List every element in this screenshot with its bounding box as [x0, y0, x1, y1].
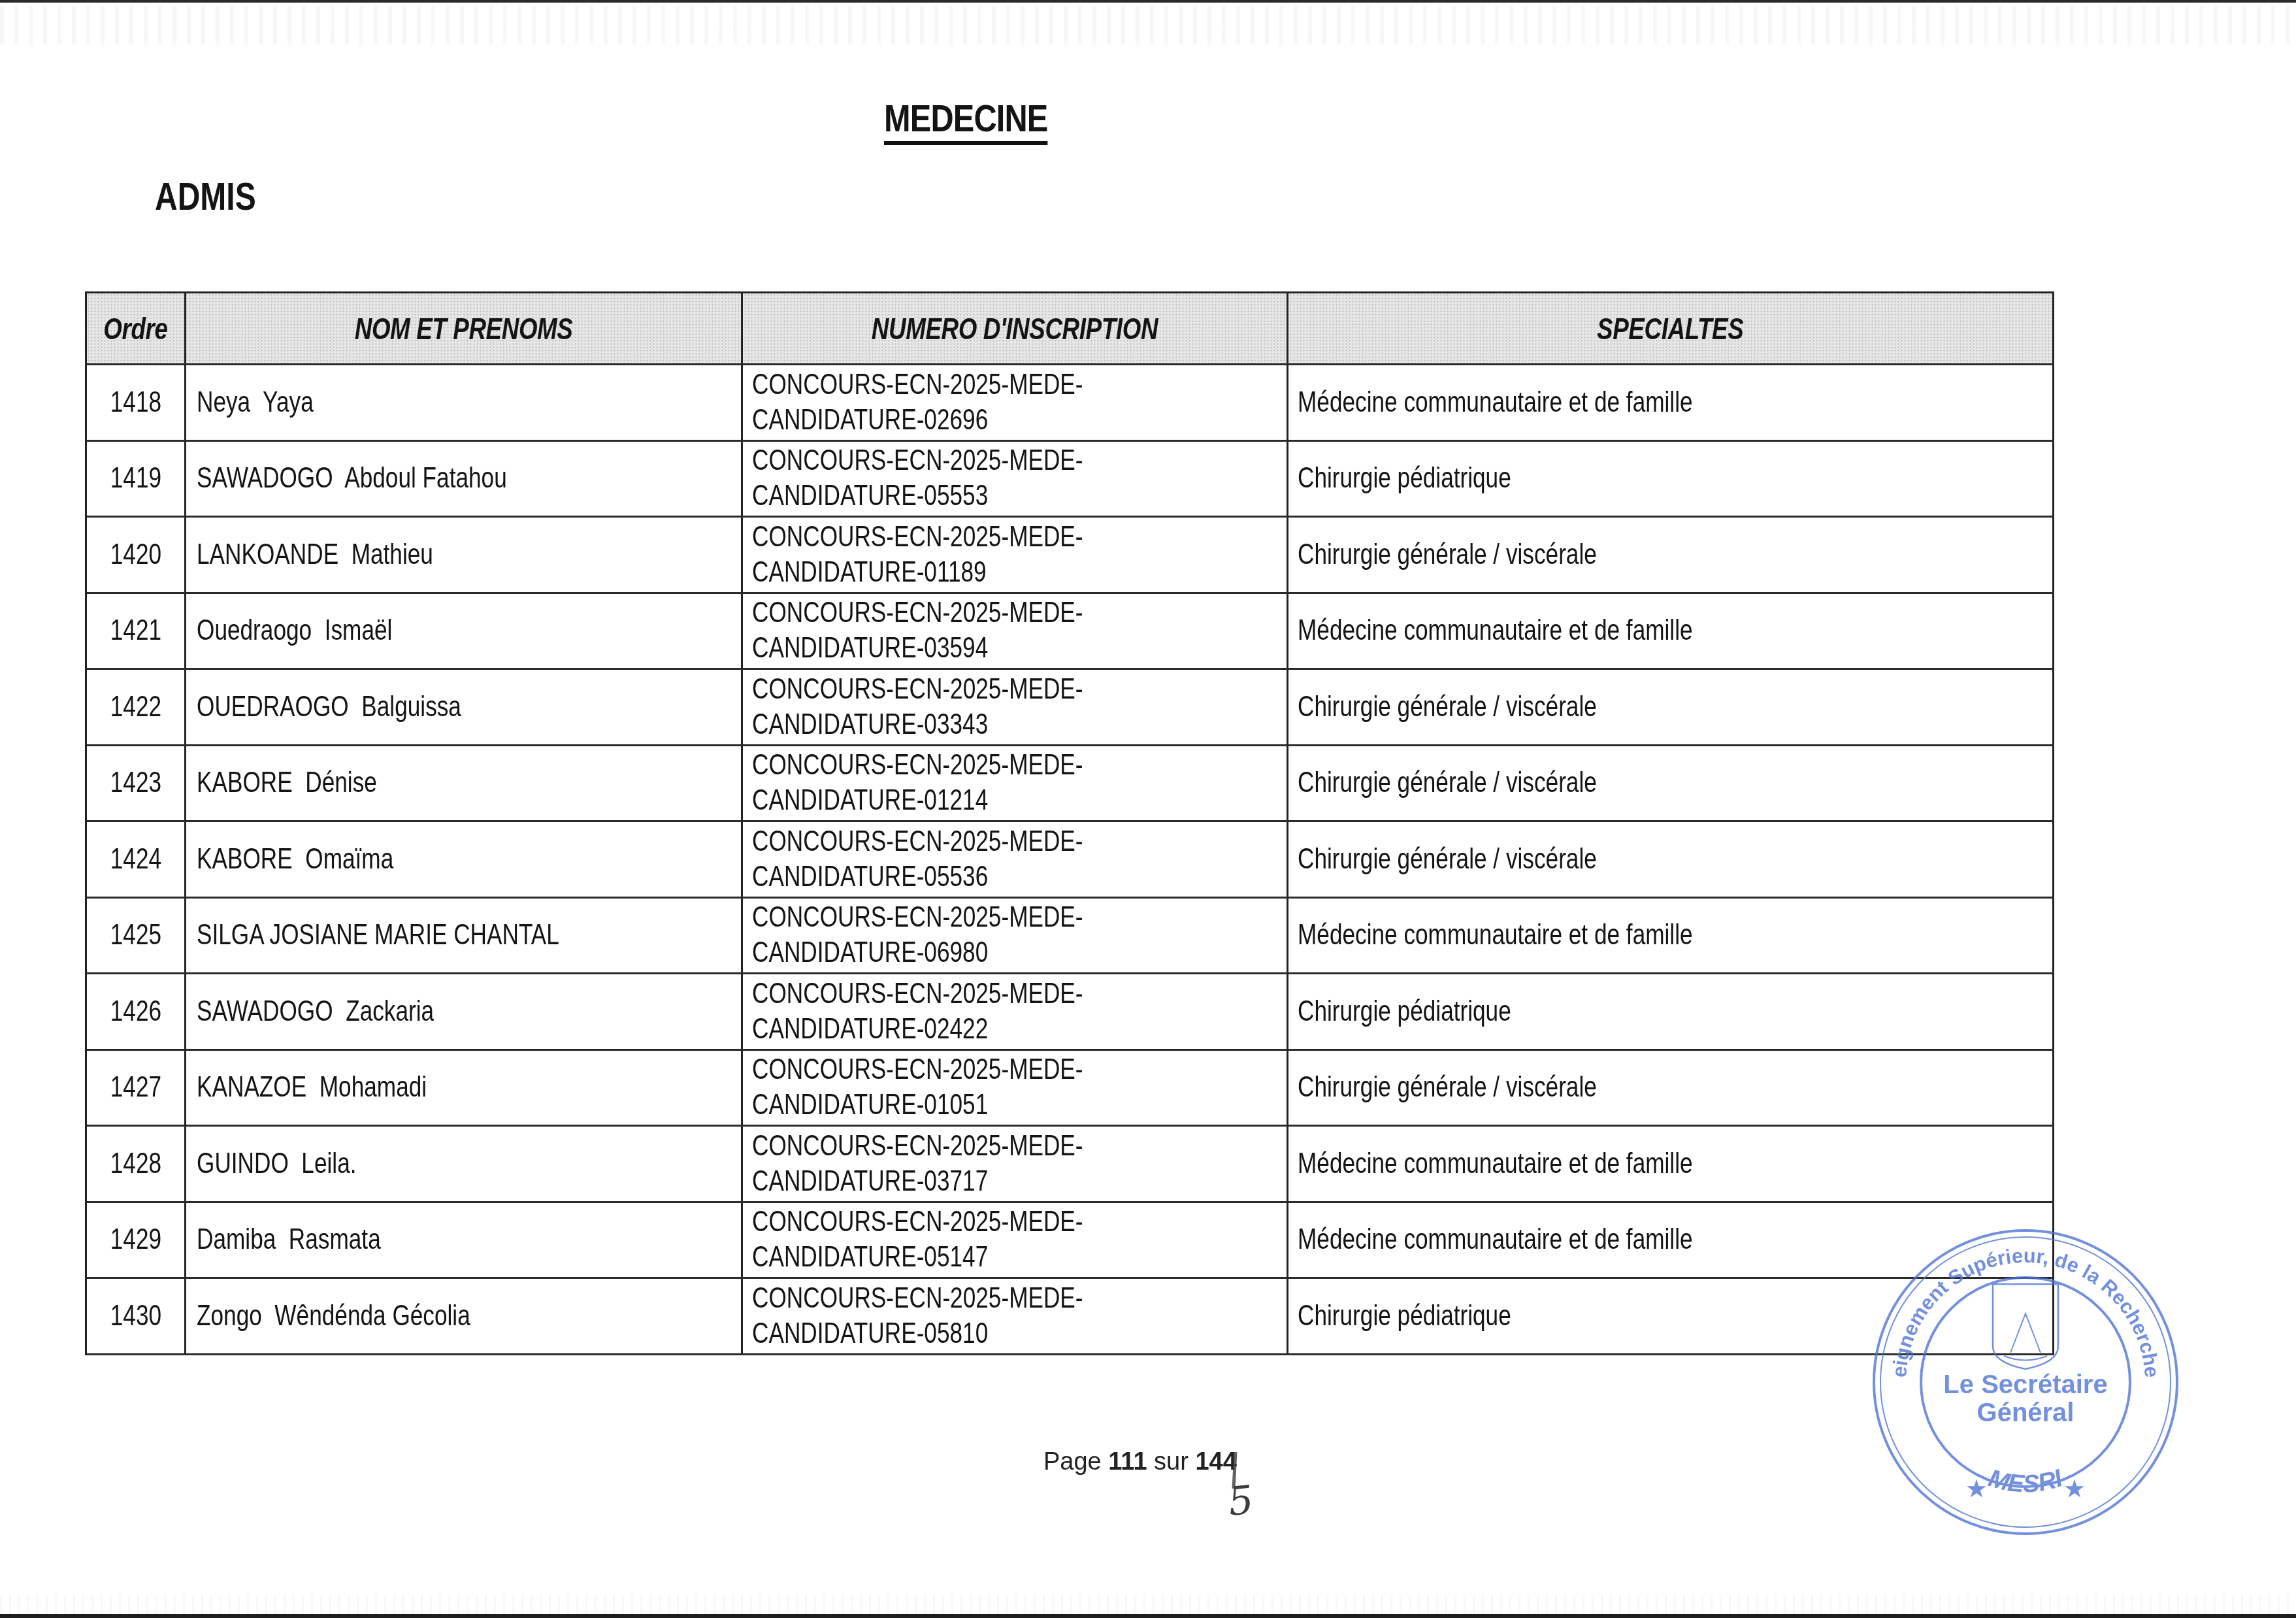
cell-nom: OUEDRAOGO Balguissa [186, 670, 743, 744]
numero-line-1: CONCOURS-ECN-2025-MEDE- [752, 520, 1083, 555]
numero-line-1: CONCOURS-ECN-2025-MEDE- [752, 976, 1083, 1012]
page-total: 144 [1195, 1448, 1236, 1476]
stamp-title-line1: Le Secrétaire [1943, 1370, 2107, 1399]
coat-of-arms-ribbon [2004, 1356, 2047, 1361]
cell-nom: Damiba Rasmata [186, 1203, 743, 1278]
nom-text: GUINDO Leila. [197, 1147, 357, 1181]
ordre-text: 1418 [110, 386, 161, 420]
nom-text: KANAZOE Mohamadi [197, 1070, 427, 1104]
specialite-text: Chirurgie générale / viscérale [1298, 538, 1597, 572]
ordre-text: 1428 [110, 1147, 161, 1181]
specialite-text: Médecine communautaire et de famille [1298, 1223, 1693, 1257]
list-label: ADMIS [155, 175, 281, 218]
cell-ordre: 1420 [87, 518, 186, 592]
cell-specialite: Chirurgie pédiatrique [1288, 442, 2054, 516]
scan-edge-top [0, 0, 2296, 3]
stamp-bottom-text: MESRI [1986, 1464, 2067, 1498]
cell-specialite: Chirurgie pédiatrique [1288, 974, 2054, 1049]
numero-line-1: CONCOURS-ECN-2025-MEDE- [752, 443, 1083, 478]
specialite-text: Chirurgie pédiatrique [1298, 461, 1511, 495]
table-row: 1427KANAZOE MohamadiCONCOURS-ECN-2025-ME… [87, 1051, 2054, 1127]
numero-line-1: CONCOURS-ECN-2025-MEDE- [752, 1129, 1083, 1164]
ordre-text: 1423 [110, 766, 161, 800]
cell-numero: CONCOURS-ECN-2025-MEDE-CANDIDATURE-02696 [743, 365, 1288, 440]
scan-noise-bottom [0, 1594, 2296, 1614]
numero-line-2: CANDIDATURE-02696 [752, 403, 988, 438]
scan-noise-top [0, 5, 2296, 44]
ordre-text: 1419 [110, 461, 161, 495]
header-nom-text: NOM ET PRENOMS [355, 312, 573, 346]
page-current: 111 [1108, 1448, 1147, 1476]
ordre-text: 1426 [110, 995, 161, 1029]
cell-ordre: 1428 [87, 1127, 186, 1201]
cell-numero: CONCOURS-ECN-2025-MEDE-CANDIDATURE-01189 [743, 518, 1288, 592]
nom-text: Neya Yaya [197, 386, 314, 420]
specialite-text: Chirurgie générale / viscérale [1298, 766, 1597, 800]
cell-numero: CONCOURS-ECN-2025-MEDE-CANDIDATURE-01214 [743, 746, 1288, 821]
numero-line-2: CANDIDATURE-01214 [752, 783, 988, 818]
ordre-text: 1427 [110, 1070, 161, 1104]
page-sep: sur [1154, 1448, 1189, 1476]
header-specialite: SPECIALTES [1288, 293, 2054, 363]
cell-numero: CONCOURS-ECN-2025-MEDE-CANDIDATURE-01051 [743, 1051, 1288, 1125]
ordre-text: 1421 [110, 614, 161, 648]
table-row: 1418Neya YayaCONCOURS-ECN-2025-MEDE-CAND… [87, 365, 2054, 442]
cell-specialite: Chirurgie générale / viscérale [1288, 822, 2054, 897]
nom-text: SAWADOGO Zackaria [197, 995, 434, 1029]
table-header-row: Ordre NOM ET PRENOMS NUMERO D'INSCRIPTIO… [87, 293, 2054, 365]
numero-line-1: CONCOURS-ECN-2025-MEDE- [752, 1052, 1083, 1087]
table-body: 1418Neya YayaCONCOURS-ECN-2025-MEDE-CAND… [87, 365, 2054, 1355]
table-row: 1430Zongo Wêndénda GécoliaCONCOURS-ECN-2… [87, 1279, 2054, 1355]
cell-ordre: 1421 [87, 594, 186, 669]
header-ordre: Ordre [87, 293, 186, 363]
numero-line-1: CONCOURS-ECN-2025-MEDE- [752, 1204, 1083, 1240]
cell-ordre: 1427 [87, 1051, 186, 1125]
numero-line-2: CANDIDATURE-05810 [752, 1316, 988, 1351]
table-row: 1419SAWADOGO Abdoul FatahouCONCOURS-ECN-… [87, 442, 2054, 518]
header-numero: NUMERO D'INSCRIPTION [743, 293, 1288, 363]
nom-text: Ouedraogo Ismaël [197, 614, 392, 648]
cell-nom: KABORE Dénise [186, 746, 743, 821]
cell-specialite: Médecine communautaire et de famille [1288, 594, 2054, 669]
cell-numero: CONCOURS-ECN-2025-MEDE-CANDIDATURE-02422 [743, 974, 1288, 1049]
cell-nom: SAWADOGO Abdoul Fatahou [186, 442, 743, 516]
cell-nom: Zongo Wêndénda Gécolia [186, 1279, 743, 1353]
star-icon-left: ★ [1967, 1477, 1986, 1502]
numero-line-1: CONCOURS-ECN-2025-MEDE- [752, 824, 1083, 859]
cell-nom: Neya Yaya [186, 365, 743, 440]
cell-ordre: 1426 [87, 974, 186, 1049]
cell-nom: LANKOANDE Mathieu [186, 518, 743, 592]
cell-ordre: 1424 [87, 822, 186, 897]
ordre-text: 1424 [110, 842, 161, 876]
list-label-text: ADMIS [155, 175, 256, 218]
specialite-text: Médecine communautaire et de famille [1298, 918, 1693, 952]
specialite-text: Chirurgie générale / viscérale [1298, 690, 1597, 724]
numero-line-2: CANDIDATURE-02422 [752, 1012, 988, 1047]
nom-text: OUEDRAOGO Balguissa [197, 690, 461, 724]
table-row: 1423KABORE DéniseCONCOURS-ECN-2025-MEDE-… [87, 746, 2054, 823]
cell-numero: CONCOURS-ECN-2025-MEDE-CANDIDATURE-06980 [743, 899, 1288, 973]
numero-line-2: CANDIDATURE-01189 [752, 555, 987, 590]
section-title-text: MEDECINE [884, 98, 1047, 145]
specialite-text: Chirurgie pédiatrique [1298, 1299, 1511, 1333]
ordre-text: 1425 [110, 918, 161, 952]
header-ordre-text: Ordre [103, 312, 167, 346]
specialite-text: Médecine communautaire et de famille [1298, 386, 1693, 420]
numero-line-2: CANDIDATURE-03594 [752, 631, 988, 666]
star-icon-right: ★ [2065, 1477, 2084, 1502]
table-row: 1429Damiba RasmataCONCOURS-ECN-2025-MEDE… [87, 1203, 2054, 1280]
stamp-title-line2: Général [1977, 1398, 2075, 1427]
cell-ordre: 1418 [87, 365, 186, 440]
page-number: Page 111 sur 144 [1043, 1448, 1237, 1476]
cell-nom: GUINDO Leila. [186, 1127, 743, 1201]
specialite-text: Médecine communautaire et de famille [1298, 614, 1693, 648]
cell-ordre: 1430 [87, 1279, 186, 1353]
admitted-table: Ordre NOM ET PRENOMS NUMERO D'INSCRIPTIO… [85, 291, 2054, 1355]
cell-ordre: 1425 [87, 899, 186, 973]
nom-text: LANKOANDE Mathieu [197, 538, 433, 572]
specialite-text: Chirurgie générale / viscérale [1298, 842, 1597, 876]
header-numero-text: NUMERO D'INSCRIPTION [872, 312, 1158, 346]
numero-line-2: CANDIDATURE-05147 [752, 1240, 988, 1275]
cell-specialite: Chirurgie générale / viscérale [1288, 1051, 2054, 1125]
numero-line-1: CONCOURS-ECN-2025-MEDE- [752, 367, 1083, 403]
numero-line-1: CONCOURS-ECN-2025-MEDE- [752, 900, 1083, 935]
cell-numero: CONCOURS-ECN-2025-MEDE-CANDIDATURE-05553 [743, 442, 1288, 516]
ordre-text: 1422 [110, 690, 161, 724]
numero-line-2: CANDIDATURE-05553 [752, 478, 988, 514]
specialite-text: Chirurgie pédiatrique [1298, 995, 1511, 1029]
cell-nom: SAWADOGO Zackaria [186, 974, 743, 1049]
nom-text: SAWADOGO Abdoul Fatahou [197, 461, 507, 495]
cell-specialite: Médecine communautaire et de famille [1288, 1127, 2054, 1201]
cell-nom: SILGA JOSIANE MARIE CHANTAL [186, 899, 743, 973]
numero-line-2: CANDIDATURE-05536 [752, 859, 988, 895]
cell-ordre: 1419 [87, 442, 186, 516]
ordre-text: 1430 [110, 1299, 161, 1333]
table-row: 1426SAWADOGO ZackariaCONCOURS-ECN-2025-M… [87, 974, 2054, 1051]
table-row: 1421Ouedraogo IsmaëlCONCOURS-ECN-2025-ME… [87, 594, 2054, 670]
header-specialite-text: SPECIALTES [1597, 312, 1743, 346]
cell-ordre: 1423 [87, 746, 186, 821]
header-nom: NOM ET PRENOMS [186, 293, 743, 363]
specialite-text: Médecine communautaire et de famille [1298, 1147, 1693, 1181]
nom-text: KABORE Omaïma [197, 842, 393, 876]
cell-numero: CONCOURS-ECN-2025-MEDE-CANDIDATURE-05536 [743, 822, 1288, 897]
specialite-text: Chirurgie générale / viscérale [1298, 1070, 1597, 1104]
section-title: MEDECINE [884, 98, 1054, 144]
cell-nom: KABORE Omaïma [186, 822, 743, 897]
table-row: 1428GUINDO Leila.CONCOURS-ECN-2025-MEDE-… [87, 1127, 2054, 1203]
cell-specialite: Médecine communautaire et de famille [1288, 899, 2054, 973]
cell-specialite: Chirurgie générale / viscérale [1288, 746, 2054, 821]
table-row: 1420LANKOANDE MathieuCONCOURS-ECN-2025-M… [87, 518, 2054, 594]
cell-nom: KANAZOE Mohamadi [186, 1051, 743, 1125]
cell-specialite: Chirurgie générale / viscérale [1288, 518, 2054, 592]
cell-nom: Ouedraogo Ismaël [186, 594, 743, 669]
nom-text: SILGA JOSIANE MARIE CHANTAL [197, 918, 559, 952]
nom-text: Zongo Wêndénda Gécolia [197, 1299, 470, 1333]
cell-specialite: Médecine communautaire et de famille [1288, 365, 2054, 440]
cell-ordre: 1429 [87, 1203, 186, 1278]
numero-line-1: CONCOURS-ECN-2025-MEDE- [752, 748, 1083, 783]
cell-ordre: 1422 [87, 670, 186, 744]
cell-numero: CONCOURS-ECN-2025-MEDE-CANDIDATURE-03343 [743, 670, 1288, 744]
cell-numero: CONCOURS-ECN-2025-MEDE-CANDIDATURE-03717 [743, 1127, 1288, 1201]
cell-numero: CONCOURS-ECN-2025-MEDE-CANDIDATURE-03594 [743, 594, 1288, 669]
numero-line-1: CONCOURS-ECN-2025-MEDE- [752, 595, 1083, 631]
numero-line-2: CANDIDATURE-03717 [752, 1164, 988, 1199]
table-row: 1425SILGA JOSIANE MARIE CHANTALCONCOURS-… [87, 899, 2054, 975]
numero-line-2: CANDIDATURE-06980 [752, 935, 988, 970]
cell-numero: CONCOURS-ECN-2025-MEDE-CANDIDATURE-05147 [743, 1203, 1288, 1278]
cell-numero: CONCOURS-ECN-2025-MEDE-CANDIDATURE-05810 [743, 1279, 1288, 1353]
page-word: Page [1043, 1448, 1102, 1476]
table-row: 1424KABORE OmaïmaCONCOURS-ECN-2025-MEDE-… [87, 822, 2054, 899]
numero-line-2: CANDIDATURE-01051 [752, 1087, 988, 1123]
numero-line-1: CONCOURS-ECN-2025-MEDE- [752, 1281, 1083, 1316]
cell-specialite: Chirurgie pédiatrique [1288, 1279, 2054, 1353]
ordre-text: 1429 [110, 1223, 161, 1257]
nom-text: KABORE Dénise [197, 766, 377, 800]
cell-specialite: Chirurgie générale / viscérale [1288, 670, 2054, 744]
table-row: 1422OUEDRAOGO BalguissaCONCOURS-ECN-2025… [87, 670, 2054, 746]
nom-text: Damiba Rasmata [197, 1223, 381, 1257]
scan-edge-bottom [0, 1614, 2296, 1618]
numero-line-1: CONCOURS-ECN-2025-MEDE- [752, 672, 1083, 707]
handwritten-correction: 5 [1226, 1477, 1255, 1525]
ordre-text: 1420 [110, 538, 161, 572]
cell-specialite: Médecine communautaire et de famille [1288, 1203, 2054, 1278]
numero-line-2: CANDIDATURE-03343 [752, 707, 988, 742]
